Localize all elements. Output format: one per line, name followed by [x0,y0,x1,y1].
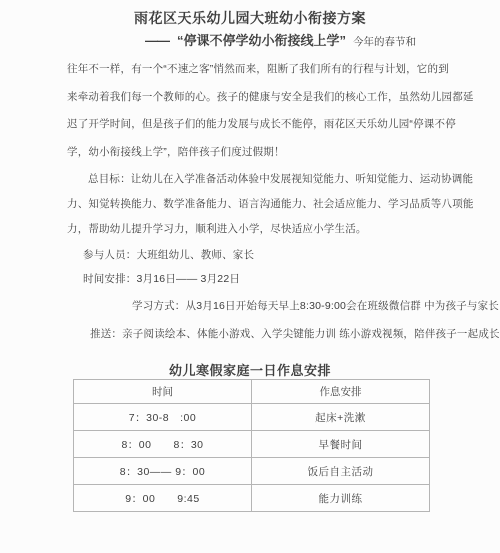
body-line: 来牵动着我们每一个教师的心。孩子的健康与安全是我们的核心工作，虽然幼儿园都延 [67,90,474,104]
cell-time: 7：30-8 :00 [74,404,252,431]
schedule-table: 时间 作息安排 7：30-8 :00 起床+洗漱 8：00 8：30 早餐时间 … [73,379,430,512]
body-line-time-arrangement: 时间安排：3月16日—— 3月22日 [83,272,240,286]
schedule-table-title: 幼儿寒假家庭一日作息安排 [0,360,500,379]
cell-activity: 能力训练 [252,485,430,512]
table-row: 7：30-8 :00 起床+洗漱 [74,404,430,431]
body-line-participants: 参与人员：大班组幼儿、教师、家长 [83,248,254,262]
em-dash: —— [145,33,169,48]
cell-time: 8：00 8：30 [74,431,252,458]
table-row: 9：00 9:45 能力训练 [74,485,430,512]
cell-activity: 早餐时间 [252,431,430,458]
cell-time: 8：30—— 9：00 [74,458,252,485]
table-row: 8：00 8：30 早餐时间 [74,431,430,458]
cell-activity: 起床+洗漱 [252,404,430,431]
table-row: 8：30—— 9：00 饭后自主活动 [74,458,430,485]
cell-time: 9：00 9:45 [74,485,252,512]
header-cell-activity: 作息安排 [252,380,430,404]
body-line: 学，幼小衔接线上学”，陪伴孩子们度过假期！ [67,145,285,159]
document-title: 雨花区天乐幼儿园大班幼小衔接方案 [0,8,500,28]
table-header-row: 时间 作息安排 [74,380,430,404]
body-line: 力、知觉转换能力、数学准备能力、语言沟通能力、社会适应能力、学习品质等八项能 [67,197,474,211]
body-line-goal: 总目标：让幼儿在入学准备活动体验中发展视知觉能力、听知觉能力、运动协调能 [88,172,473,186]
body-line-push-content: 推送：亲子阅读绘本、体能小游戏、入学尖键能力训 练小游戏视频，陪伴孩子一起成长! [90,327,500,341]
subtitle-quote: “停课不停学幼小衔接线上学” [177,33,346,48]
body-line: 往年不一样，有一个“不速之客”悄然而来，阻断了我们所有的行程与计划，它的到 [67,62,449,76]
body-line-learning-method: 学习方式：从3月16日开始每天早上8:30-9:00会在班级微信群 中为孩子与家… [132,299,499,313]
body-line: 迟了开学时间，但是孩子们的能力发展与成长不能停，雨花区天乐幼儿园“停课不停 [67,117,456,131]
document-page: 雨花区天乐幼儿园大班幼小衔接方案 ——“停课不停学幼小衔接线上学”今年的春节和 … [0,0,500,553]
document-subtitle: ——“停课不停学幼小衔接线上学”今年的春节和 [145,30,416,49]
body-line: 力，帮助幼儿提升学习力，顺利进入小学，尽快适应小学生活。 [67,222,367,236]
header-cell-time: 时间 [74,380,252,404]
subtitle-tail-text: 今年的春节和 [353,36,416,48]
cell-activity: 饭后自主活动 [252,458,430,485]
